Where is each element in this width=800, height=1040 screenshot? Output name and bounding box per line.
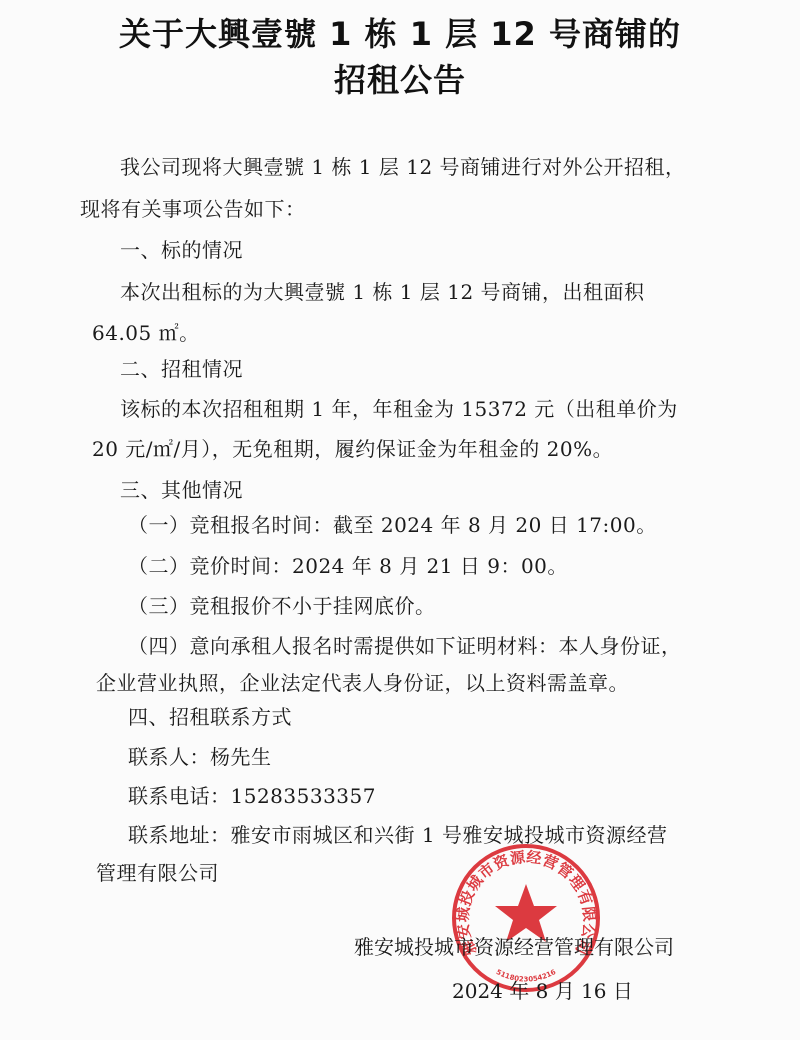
contact-phone: 联系电话：15283533357 bbox=[128, 783, 376, 809]
other-item-4-line2: 企业营业执照，企业法定代表人身份证，以上资料需盖章。 bbox=[96, 670, 629, 696]
other-item-3: （三）竞租报价不小于挂网底价。 bbox=[128, 593, 436, 619]
subject-text-line1: 本次出租标的为大興壹號 1 栋 1 层 12 号商铺，出租面积 bbox=[120, 279, 645, 305]
signature-date: 2024 年 8 月 16 日 bbox=[452, 978, 633, 1004]
other-item-4-line1: （四）意向承租人报名时需提供如下证明材料：本人身份证， bbox=[128, 633, 682, 659]
rental-text-line1: 该标的本次招租租期 1 年，年租金为 15372 元（出租单价为 bbox=[120, 396, 678, 422]
contact-person: 联系人：杨先生 bbox=[128, 744, 272, 770]
other-item-1: （一）竞租报名时间：截至 2024 年 8 月 20 日 17:00。 bbox=[128, 512, 657, 538]
section-heading-rental: 二、招租情况 bbox=[120, 356, 243, 382]
subject-text-line2: 64.05 ㎡。 bbox=[92, 320, 200, 346]
section-heading-other: 三、其他情况 bbox=[120, 477, 243, 503]
contact-address-line2: 管理有限公司 bbox=[96, 860, 219, 886]
announcement-page: 关于大興壹號 1 栋 1 层 12 号商铺的 招租公告 我公司现将大興壹號 1 … bbox=[0, 0, 800, 1040]
intro-paragraph-line2: 现将有关事项公告如下： bbox=[80, 196, 306, 222]
official-seal-stamp: 雅安城投城市资源经营管理有限公司 5118023054216 bbox=[450, 842, 602, 994]
section-heading-contact: 四、招租联系方式 bbox=[128, 704, 292, 730]
intro-paragraph-line1: 我公司现将大興壹號 1 栋 1 层 12 号商铺进行对外公开招租， bbox=[120, 154, 686, 180]
section-heading-subject: 一、标的情况 bbox=[120, 237, 243, 263]
document-title-line2: 招租公告 bbox=[0, 60, 800, 100]
document-title: 关于大興壹號 1 栋 1 层 12 号商铺的 bbox=[0, 14, 800, 54]
other-item-2: （二）竞价时间：2024 年 8 月 21 日 9：00。 bbox=[128, 553, 568, 579]
signatory-company: 雅安城投城市资源经营管理有限公司 bbox=[354, 934, 674, 960]
rental-text-line2: 20 元/㎡/月），无免租期，履约保证金为年租金的 20%。 bbox=[92, 436, 613, 462]
